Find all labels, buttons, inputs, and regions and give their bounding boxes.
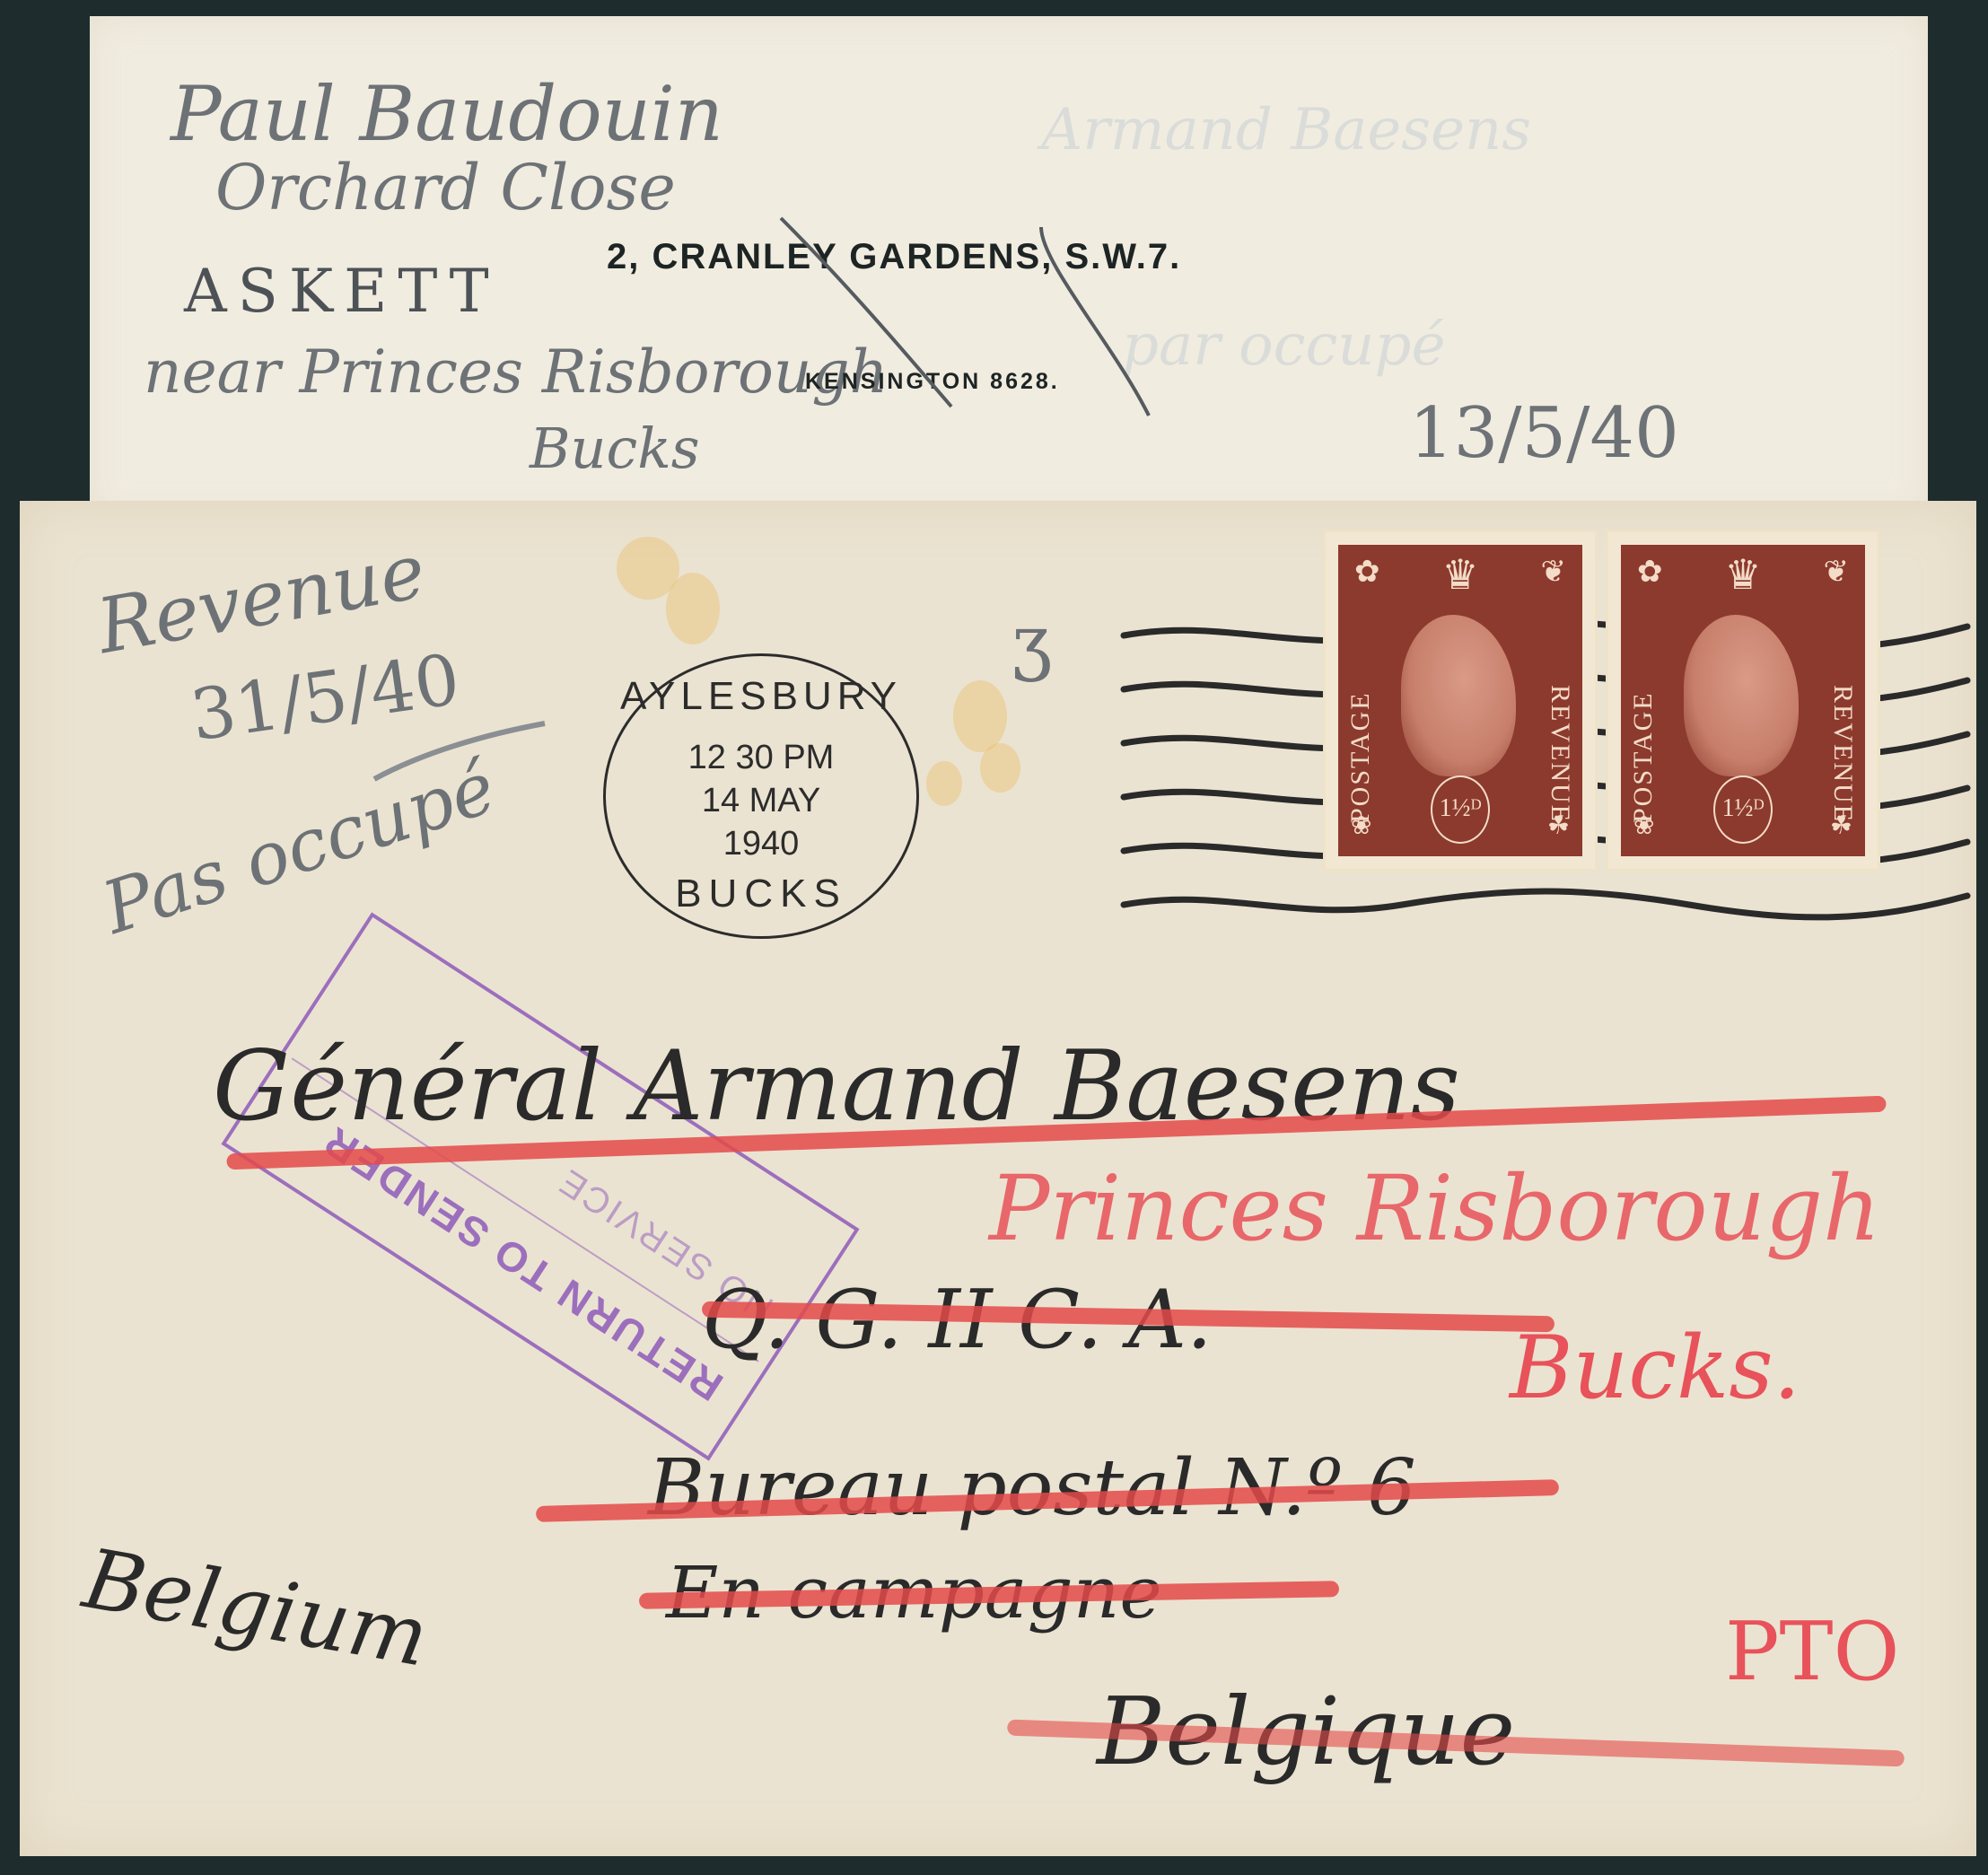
postage-stamp: ✿ ♛ ❦ POSTAGE REVENUE ❀ 1½ᴰ ☘ <box>1608 532 1878 869</box>
shamrock-icon: ☘ <box>1830 810 1852 840</box>
envelope: Revenue 31/5/40 Pas occupé ʒ AYLESBURY 1… <box>20 501 1976 1856</box>
postmark-date: 14 MAY <box>606 782 916 820</box>
stain <box>980 743 1020 793</box>
postmark: AYLESBURY 12 30 PM 14 MAY 1940 BUCKS <box>603 653 919 939</box>
bleed-through-text: Armand Baesens <box>1041 97 1531 163</box>
stain <box>666 573 720 644</box>
rose-icon: ✿ <box>1354 554 1380 590</box>
sender-address-line: Orchard Close <box>215 151 676 224</box>
postmark-time: 12 30 PM <box>606 739 916 777</box>
pencil-note: Pas occupé <box>93 745 505 950</box>
sender-address-line: ASKETT <box>184 257 500 326</box>
thistle-icon: ❦ <box>1824 554 1850 590</box>
pencil-cross-mark <box>772 209 1185 442</box>
redirect-line: Bucks. <box>1510 1318 1800 1418</box>
king-portrait <box>1684 615 1799 776</box>
letter-date: 13/5/40 <box>1409 393 1679 474</box>
sender-address-line: Bucks <box>530 416 700 481</box>
crown-icon: ♛ <box>1724 550 1761 599</box>
stain <box>953 680 1007 752</box>
rose-icon: ✿ <box>1637 554 1663 590</box>
crown-icon: ♛ <box>1441 550 1478 599</box>
stamp-revenue-label: REVENUE <box>1545 685 1575 823</box>
stamp-value: 1½ᴰ <box>1713 775 1773 844</box>
stamp-postage-label: POSTAGE <box>1628 691 1659 823</box>
pencil-mark: ʒ <box>1012 600 1052 683</box>
daffodil-icon: ❀ <box>1633 810 1654 840</box>
stamp-revenue-label: REVENUE <box>1827 685 1858 823</box>
postage-stamp: ✿ ♛ ❦ POSTAGE REVENUE ❀ 1½ᴰ ☘ <box>1326 532 1595 869</box>
king-portrait <box>1401 615 1516 776</box>
sender-name: Paul Baudouin <box>171 70 723 158</box>
red-note: PTO <box>1725 1605 1899 1699</box>
stain <box>926 761 962 806</box>
postmark-county: BUCKS <box>606 872 916 916</box>
letter-card: Armand Baesens par occupé Paul Baudouin … <box>90 16 1928 519</box>
stamp-value: 1½ᴰ <box>1431 775 1490 844</box>
daffodil-icon: ❀ <box>1351 810 1371 840</box>
thistle-icon: ❦ <box>1541 554 1567 590</box>
return-to-sender-cachet: RETURN TO SENDER NO SERVICE <box>221 912 859 1460</box>
postmark-year: 1940 <box>606 825 916 863</box>
side-note: Belgium <box>77 1530 435 1685</box>
redirect-line: Princes Risborough <box>989 1156 1880 1261</box>
postmark-town: AYLESBURY <box>606 674 916 719</box>
shamrock-icon: ☘ <box>1547 810 1570 840</box>
stamp-postage-label: POSTAGE <box>1345 691 1376 823</box>
